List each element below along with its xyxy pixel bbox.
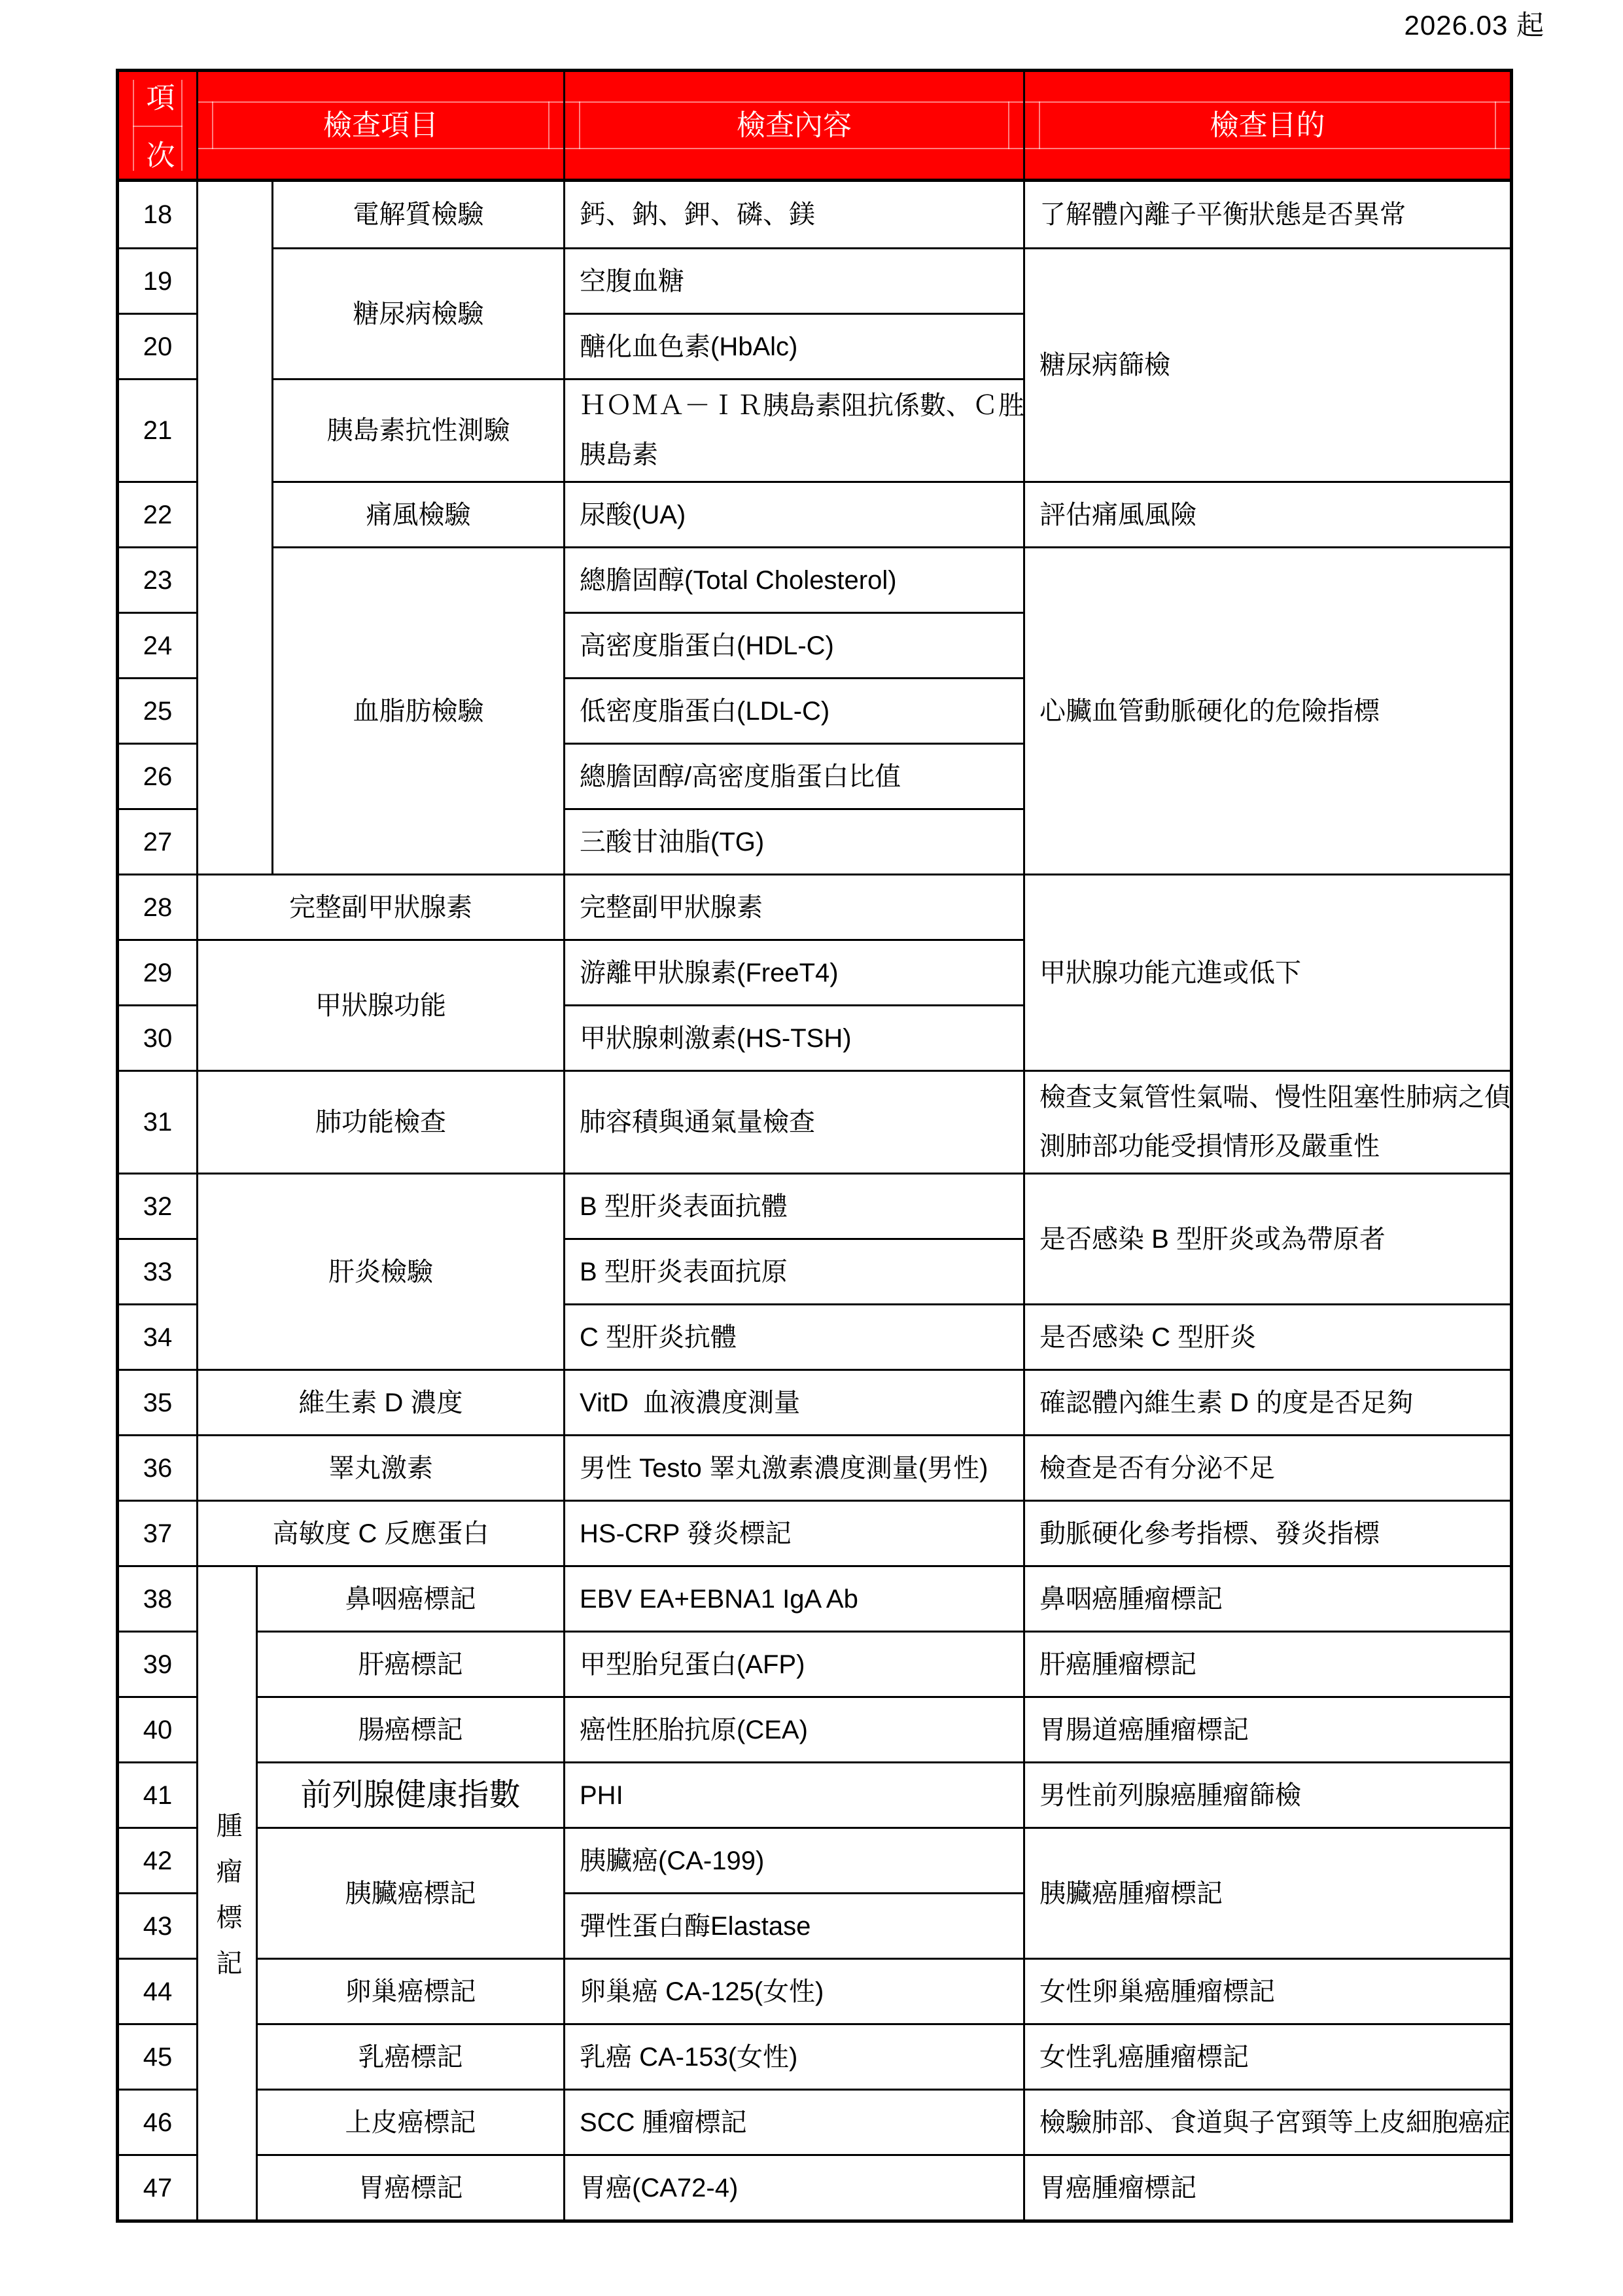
row-39-item: 肝癌標記 [256,1631,563,1696]
row-39-number: 39 [119,1631,196,1696]
row-31-item: 肺功能檢查 [196,1070,563,1173]
row-35-number: 35 [119,1369,196,1434]
row-34-purpose: 是否感染 C 型肝炎 [1023,1303,1510,1369]
row-18-item: 電解質檢驗 [271,182,563,247]
row-19-item: 糖尿病檢驗 [271,247,563,378]
row-40-content: 癌性胚胎抗原(CEA) [563,1696,1023,1761]
row-22-item: 痛風檢驗 [271,481,563,546]
row-22-content: 尿酸(UA) [563,481,1023,546]
row-37-purpose: 動脈硬化參考指標、發炎指標 [1023,1500,1510,1565]
row-36-content: 男性 Testo 睪丸激素濃度測量(男性) [563,1434,1023,1500]
row-23-content: 總膽固醇(Total Cholesterol) [563,546,1023,612]
header-inset-line [212,101,550,149]
row-29-item: 甲狀腺功能 [196,939,563,1070]
row-37-content: HS-CRP 發炎標記 [563,1500,1023,1565]
row-47-content: 胃癌(CA72-4) [563,2154,1023,2219]
row-32-content: B 型肝炎表面抗體 [563,1173,1023,1238]
row-43-number: 43 [119,1892,196,1958]
row-41-purpose: 男性前列腺癌腫瘤篩檢 [1023,1761,1510,1827]
row-44-purpose: 女性卵巢癌腫瘤標記 [1023,1958,1510,2023]
row-46-purpose: 檢驗肺部、食道與子宮頸等上皮細胞癌症 [1023,2089,1510,2154]
row-35-purpose: 確認體內維生素 D 的度是否足夠 [1023,1369,1510,1434]
document-page: 2026.03 起 項次 檢查項目 檢查內容 檢查目的 18 19 20 21 … [0,0,1623,2296]
row-25-content: 低密度脂蛋白(LDL-C) [563,677,1023,743]
row-28-content: 完整副甲狀腺素 [563,874,1023,939]
row-26-number: 26 [119,743,196,808]
row-45-purpose: 女性乳癌腫瘤標記 [1023,2023,1510,2089]
row-23-number: 23 [119,546,196,612]
row-18-purpose: 了解體內離子平衡狀態是否異常 [1023,182,1510,247]
row-34-number: 34 [119,1303,196,1369]
tumor-group-label: 腫瘤標記 [211,1812,243,1995]
row-38-item: 鼻咽癌標記 [256,1565,563,1631]
row-39-content: 甲型胎兒蛋白(AFP) [563,1631,1023,1696]
row-41-content: PHI [563,1761,1023,1827]
row-47-purpose: 胃癌腫瘤標記 [1023,2154,1510,2219]
row-43-content: 彈性蛋白酶Elastase [563,1892,1023,1958]
row-36-purpose: 檢查是否有分泌不足 [1023,1434,1510,1500]
header-inset-line [133,126,183,127]
row-31-purpose: 檢查支氣管性氣喘、慢性阻塞性肺病之偵 測肺部功能受損情形及嚴重性 [1023,1070,1510,1173]
row-31-content: 肺容積與通氣量檢查 [563,1070,1023,1173]
row-47-number: 47 [119,2154,196,2219]
header-index: 項次 [119,72,196,182]
row-36-item: 睪丸激素 [196,1434,563,1500]
row-47-item: 胃癌標記 [256,2154,563,2219]
row-28-number: 28 [119,874,196,939]
row-42-number: 42 [119,1827,196,1892]
row-21-content: ＨＯＭＡ－ＩＲ胰島素阻抗係數、Ｃ胜肽 胰島素 [563,378,1023,481]
header-inset-line [1039,101,1496,149]
row-36-number: 36 [119,1434,196,1500]
row-44-item: 卵巢癌標記 [256,1958,563,2023]
group-cell-blank [196,182,271,874]
row-18-number: 18 [119,182,196,247]
row-41-number: 41 [119,1761,196,1827]
row-19-number: 19 [119,247,196,313]
row-33-content: B 型肝炎表面抗原 [563,1238,1023,1303]
row-40-item: 腸癌標記 [256,1696,563,1761]
row-35-item: 維生素 D 濃度 [196,1369,563,1434]
row-29-content: 游離甲狀腺素(FreeT4) [563,939,1023,1004]
row-37-item: 高敏度 C 反應蛋白 [196,1500,563,1565]
row-22-purpose: 評估痛風風險 [1023,481,1510,546]
row-20-number: 20 [119,313,196,378]
row-32-number: 32 [119,1173,196,1238]
row-32-item: 肝炎檢驗 [196,1173,563,1369]
row-34-content: C 型肝炎抗體 [563,1303,1023,1369]
effective-date-note: 2026.03 起 [1405,4,1545,43]
row-42-purpose: 胰臟癌腫瘤標記 [1023,1827,1510,1958]
header-inset-line [579,101,1009,149]
group-cell-tumor: 腫瘤標記 [196,1565,256,2219]
row-25-number: 25 [119,677,196,743]
row-30-content: 甲狀腺刺激素(HS-TSH) [563,1004,1023,1070]
row-24-number: 24 [119,612,196,677]
row-28-purpose: 甲狀腺功能亢進或低下 [1023,874,1510,1070]
row-38-number: 38 [119,1565,196,1631]
row-41-item: 前列腺健康指數 [256,1761,563,1827]
row-42-content: 胰臟癌(CA-199) [563,1827,1023,1892]
row-45-content: 乳癌 CA-153(女性) [563,2023,1023,2089]
row-18-content: 鈣、鈉、鉀、磷、鎂 [563,182,1023,247]
row-45-item: 乳癌標記 [256,2023,563,2089]
header-item: 檢查項目 [196,72,563,182]
row-38-content: EBV EA+EBNA1 IgA Ab [563,1565,1023,1631]
row-40-number: 40 [119,1696,196,1761]
row-35-content: VitD 血液濃度測量 [563,1369,1023,1434]
header-purpose: 檢查目的 [1023,72,1510,182]
row-27-number: 27 [119,808,196,874]
row-26-content: 總膽固醇/高密度脂蛋白比值 [563,743,1023,808]
row-42-item: 胰臟癌標記 [256,1827,563,1958]
row-31-number: 31 [119,1070,196,1173]
health-check-table: 項次 檢查項目 檢查內容 檢查目的 18 19 20 21 22 23 24 2… [116,69,1513,2223]
row-20-content: 醣化血色素(HbAlc) [563,313,1023,378]
row-23-item: 血脂肪檢驗 [271,546,563,874]
row-46-item: 上皮癌標記 [256,2089,563,2154]
row-45-number: 45 [119,2023,196,2089]
header-content: 檢查內容 [563,72,1023,182]
row-29-number: 29 [119,939,196,1004]
row-44-number: 44 [119,1958,196,2023]
row-33-number: 33 [119,1238,196,1303]
row-22-number: 22 [119,481,196,546]
row-21-item: 胰島素抗性測驗 [271,378,563,481]
row-24-content: 高密度脂蛋白(HDL-C) [563,612,1023,677]
row-44-content: 卵巢癌 CA-125(女性) [563,1958,1023,2023]
row-27-content: 三酸甘油脂(TG) [563,808,1023,874]
row-19-content: 空腹血糖 [563,247,1023,313]
row-46-content: SCC 腫瘤標記 [563,2089,1023,2154]
row-28-item: 完整副甲狀腺素 [196,874,563,939]
row-38-purpose: 鼻咽癌腫瘤標記 [1023,1565,1510,1631]
row-21-number: 21 [119,378,196,481]
row-30-number: 30 [119,1004,196,1070]
row-32-purpose: 是否感染 B 型肝炎或為帶原者 [1023,1173,1510,1303]
row-37-number: 37 [119,1500,196,1565]
row-23-purpose: 心臟血管動脈硬化的危險指標 [1023,546,1510,874]
row-19-purpose: 糖尿病篩檢 [1023,247,1510,481]
row-46-number: 46 [119,2089,196,2154]
row-40-purpose: 胃腸道癌腫瘤標記 [1023,1696,1510,1761]
row-39-purpose: 肝癌腫瘤標記 [1023,1631,1510,1696]
